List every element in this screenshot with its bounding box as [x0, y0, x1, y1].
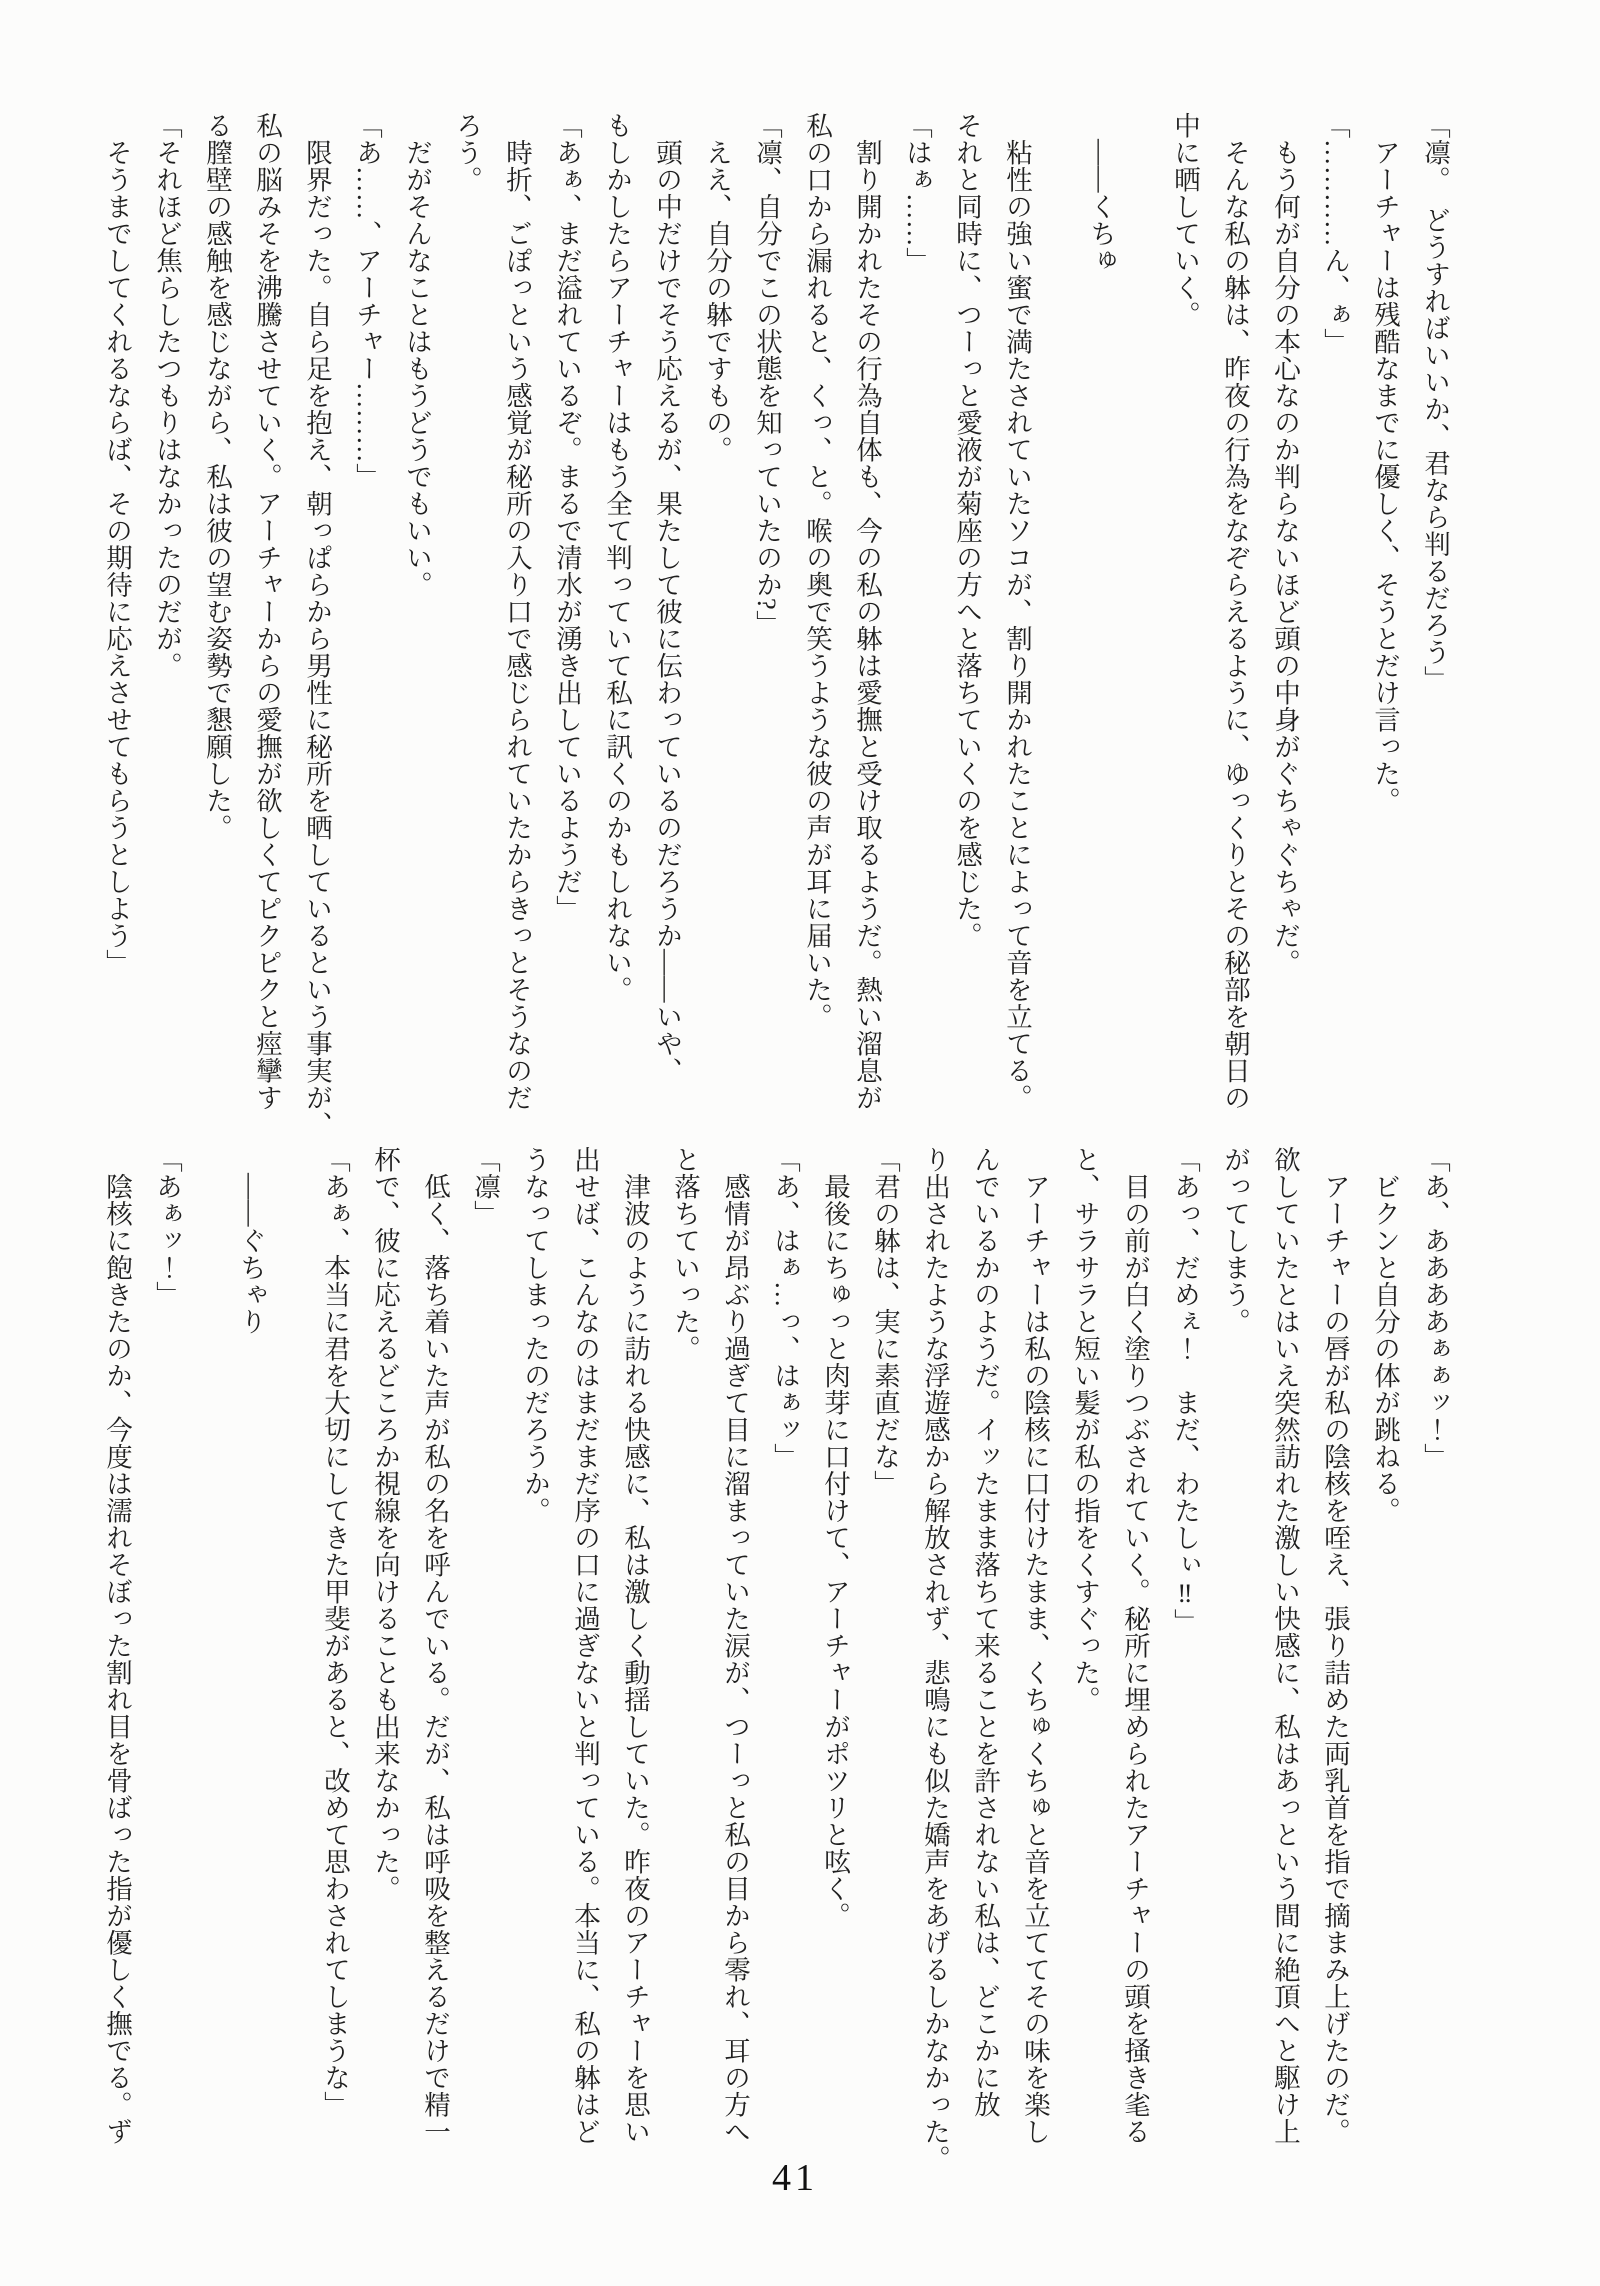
text-line: アーチャーは残酷なまでに優しく、そうとだけ言った。: [1360, 112, 1410, 1087]
text-line: 津波のように訪れる快感に、私は激しく動揺していた。昨夜のアーチャーを思い: [610, 1146, 660, 2121]
text-line: ええ、自分の躰ですもの。: [692, 112, 742, 1087]
text-line: と、サラサラと短い髪が私の指をくすぐった。: [1060, 1146, 1110, 2121]
text-line: 「凛、自分でこの状態を知っていたのか?」: [742, 112, 792, 1087]
text-line: 「はぁ……」: [892, 112, 942, 1087]
text-line: 「…………ん、ぁ」: [1310, 112, 1360, 1087]
sound-effect-line: ――くちゅ: [1076, 112, 1126, 1087]
text-line: 私の口から漏れると、くっ、と。喉の奥で笑うような彼の声が耳に届いた。: [792, 112, 842, 1087]
text-line: 陰核に飽きたのか、今度は濡れそぼった割れ目を骨ばった指が優しく撫でる。ず: [92, 1146, 142, 2121]
bottom-text-block: 「あ、ああああぁぁッ！」 ビクンと自分の体が跳ねる。 アーチャーの唇が私の陰核を…: [92, 1146, 1460, 2121]
text-line: もう何が自分の本心なのか判らないほど頭の中身がぐちゃぐちゃだ。: [1260, 112, 1310, 1087]
text-line: そうまでしてくれるならば、その期待に応えさせてもらうとしよう」: [92, 112, 142, 1087]
text-line: 杯で、彼に応えるどころか視線を向けることも出来なかった。: [360, 1146, 410, 2121]
text-line: 「あ、はぁ…っ、はぁッ」: [760, 1146, 810, 2121]
sound-effect-line: ――ぐちゃり: [226, 1146, 276, 2121]
text-line: 「あ……、アーチャー………」: [342, 112, 392, 1087]
text-line: んでいるかのようだ。イッたまま落ちて来ることを許されない私は、どこかに放: [960, 1146, 1010, 2121]
text-line: 限界だった。自ら足を抱え、朝っぱらから男性に秘所を晒しているという事実が、: [292, 112, 342, 1087]
text-line: 「凛」: [460, 1146, 510, 2121]
page-number: 41: [0, 2156, 1590, 2200]
text-line: うなってしまったのだろうか。: [510, 1146, 560, 2121]
text-line: 「あぁ、まだ溢れているぞ。まるで清水が湧き出しているようだ」: [542, 112, 592, 1087]
novel-page: 「凛。 どうすればいいか、君なら判るだろう」 アーチャーは残酷なまでに優しく、そ…: [0, 0, 1600, 2286]
text-line: もしかしたらアーチャーはもう全て判っていて私に訊くのかもしれない。: [592, 112, 642, 1087]
text-line: と落ちていった。: [660, 1146, 710, 2121]
text-line: ろう。: [442, 112, 492, 1087]
text-line: 出せば、こんなのはまだまだ序の口に過ぎないと判っている。本当に、私の躰はど: [560, 1146, 610, 2121]
text-line: だがそんなことはもうどうでもいい。: [392, 112, 442, 1087]
text-line: アーチャーは私の陰核に口付けたまま、くちゅくちゅと音を立ててその味を楽し: [1010, 1146, 1060, 2121]
text-line: 「あぁ、本当に君を大切にしてきた甲斐があると、改めて思わされてしまうな」: [310, 1146, 360, 2121]
text-line: 私の脳みそを沸騰させていく。アーチャーからの愛撫が欲しくてピクピクと痙攣す: [242, 112, 292, 1087]
top-text-block: 「凛。 どうすればいいか、君なら判るだろう」 アーチャーは残酷なまでに優しく、そ…: [92, 112, 1460, 1087]
text-line: 「あぁッ！」: [142, 1146, 192, 2121]
text-line: 粘性の強い蜜で満たされていたソコが、割り開かれたことによって音を立てる。: [992, 112, 1042, 1087]
text-line: 「あ、ああああぁぁッ！」: [1410, 1146, 1460, 2121]
text-line: 時折、ごぽっという感覚が秘所の入り口で感じられていたからきっとそうなのだ: [492, 112, 542, 1087]
text-line: 欲していたとはいえ突然訪れた激しい快感に、私はあっという間に絶頂へと駆け上: [1260, 1146, 1310, 2121]
text-line: 「あっ、だめぇ！ まだ、わたしぃ‼」: [1160, 1146, 1210, 2121]
text-line: アーチャーの唇が私の陰核を咥え、張り詰めた両乳首を指で摘まみ上げたのだ。: [1310, 1146, 1360, 2121]
text-line: 目の前が白く塗りつぶされていく。秘所に埋められたアーチャーの頭を掻き毟る: [1110, 1146, 1160, 2121]
text-line: 割り開かれたその行為自体も、今の私の躰は愛撫と受け取るようだ。熱い溜息が: [842, 112, 892, 1087]
text-line: 頭の中だけでそう応えるが、果たして彼に伝わっているのだろうか――いや、: [642, 112, 692, 1087]
text-line: がってしまう。: [1210, 1146, 1260, 2121]
text-line: ビクンと自分の体が跳ねる。: [1360, 1146, 1410, 2121]
text-line: 低く、落ち着いた声が私の名を呼んでいる。だが、私は呼吸を整えるだけで精一: [410, 1146, 460, 2121]
text-line: 最後にちゅっと肉芽に口付けて、アーチャーがポツリと呟く。: [810, 1146, 860, 2121]
text-line: り出されたような浮遊感から解放されず、悲鳴にも似た嬌声をあげるしかなかった。: [910, 1146, 960, 2121]
text-line: 感情が昂ぶり過ぎて目に溜まっていた涙が、つーっと私の目から零れ、耳の方へ: [710, 1146, 760, 2121]
text-line: る膣壁の感触を感じながら、私は彼の望む姿勢で懇願した。: [192, 112, 242, 1087]
text-line: 「凛。 どうすればいいか、君なら判るだろう」: [1410, 112, 1460, 1087]
text-line: 「君の躰は、実に素直だな」: [860, 1146, 910, 2121]
text-line: 中に晒していく。: [1160, 112, 1210, 1087]
text-line: そんな私の躰は、昨夜の行為をなぞらえるように、ゆっくりとその秘部を朝日の: [1210, 112, 1260, 1087]
text-line: 「それほど焦らしたつもりはなかったのだが。: [142, 112, 192, 1087]
text-line: それと同時に、つーっと愛液が菊座の方へと落ちていくのを感じた。: [942, 112, 992, 1087]
